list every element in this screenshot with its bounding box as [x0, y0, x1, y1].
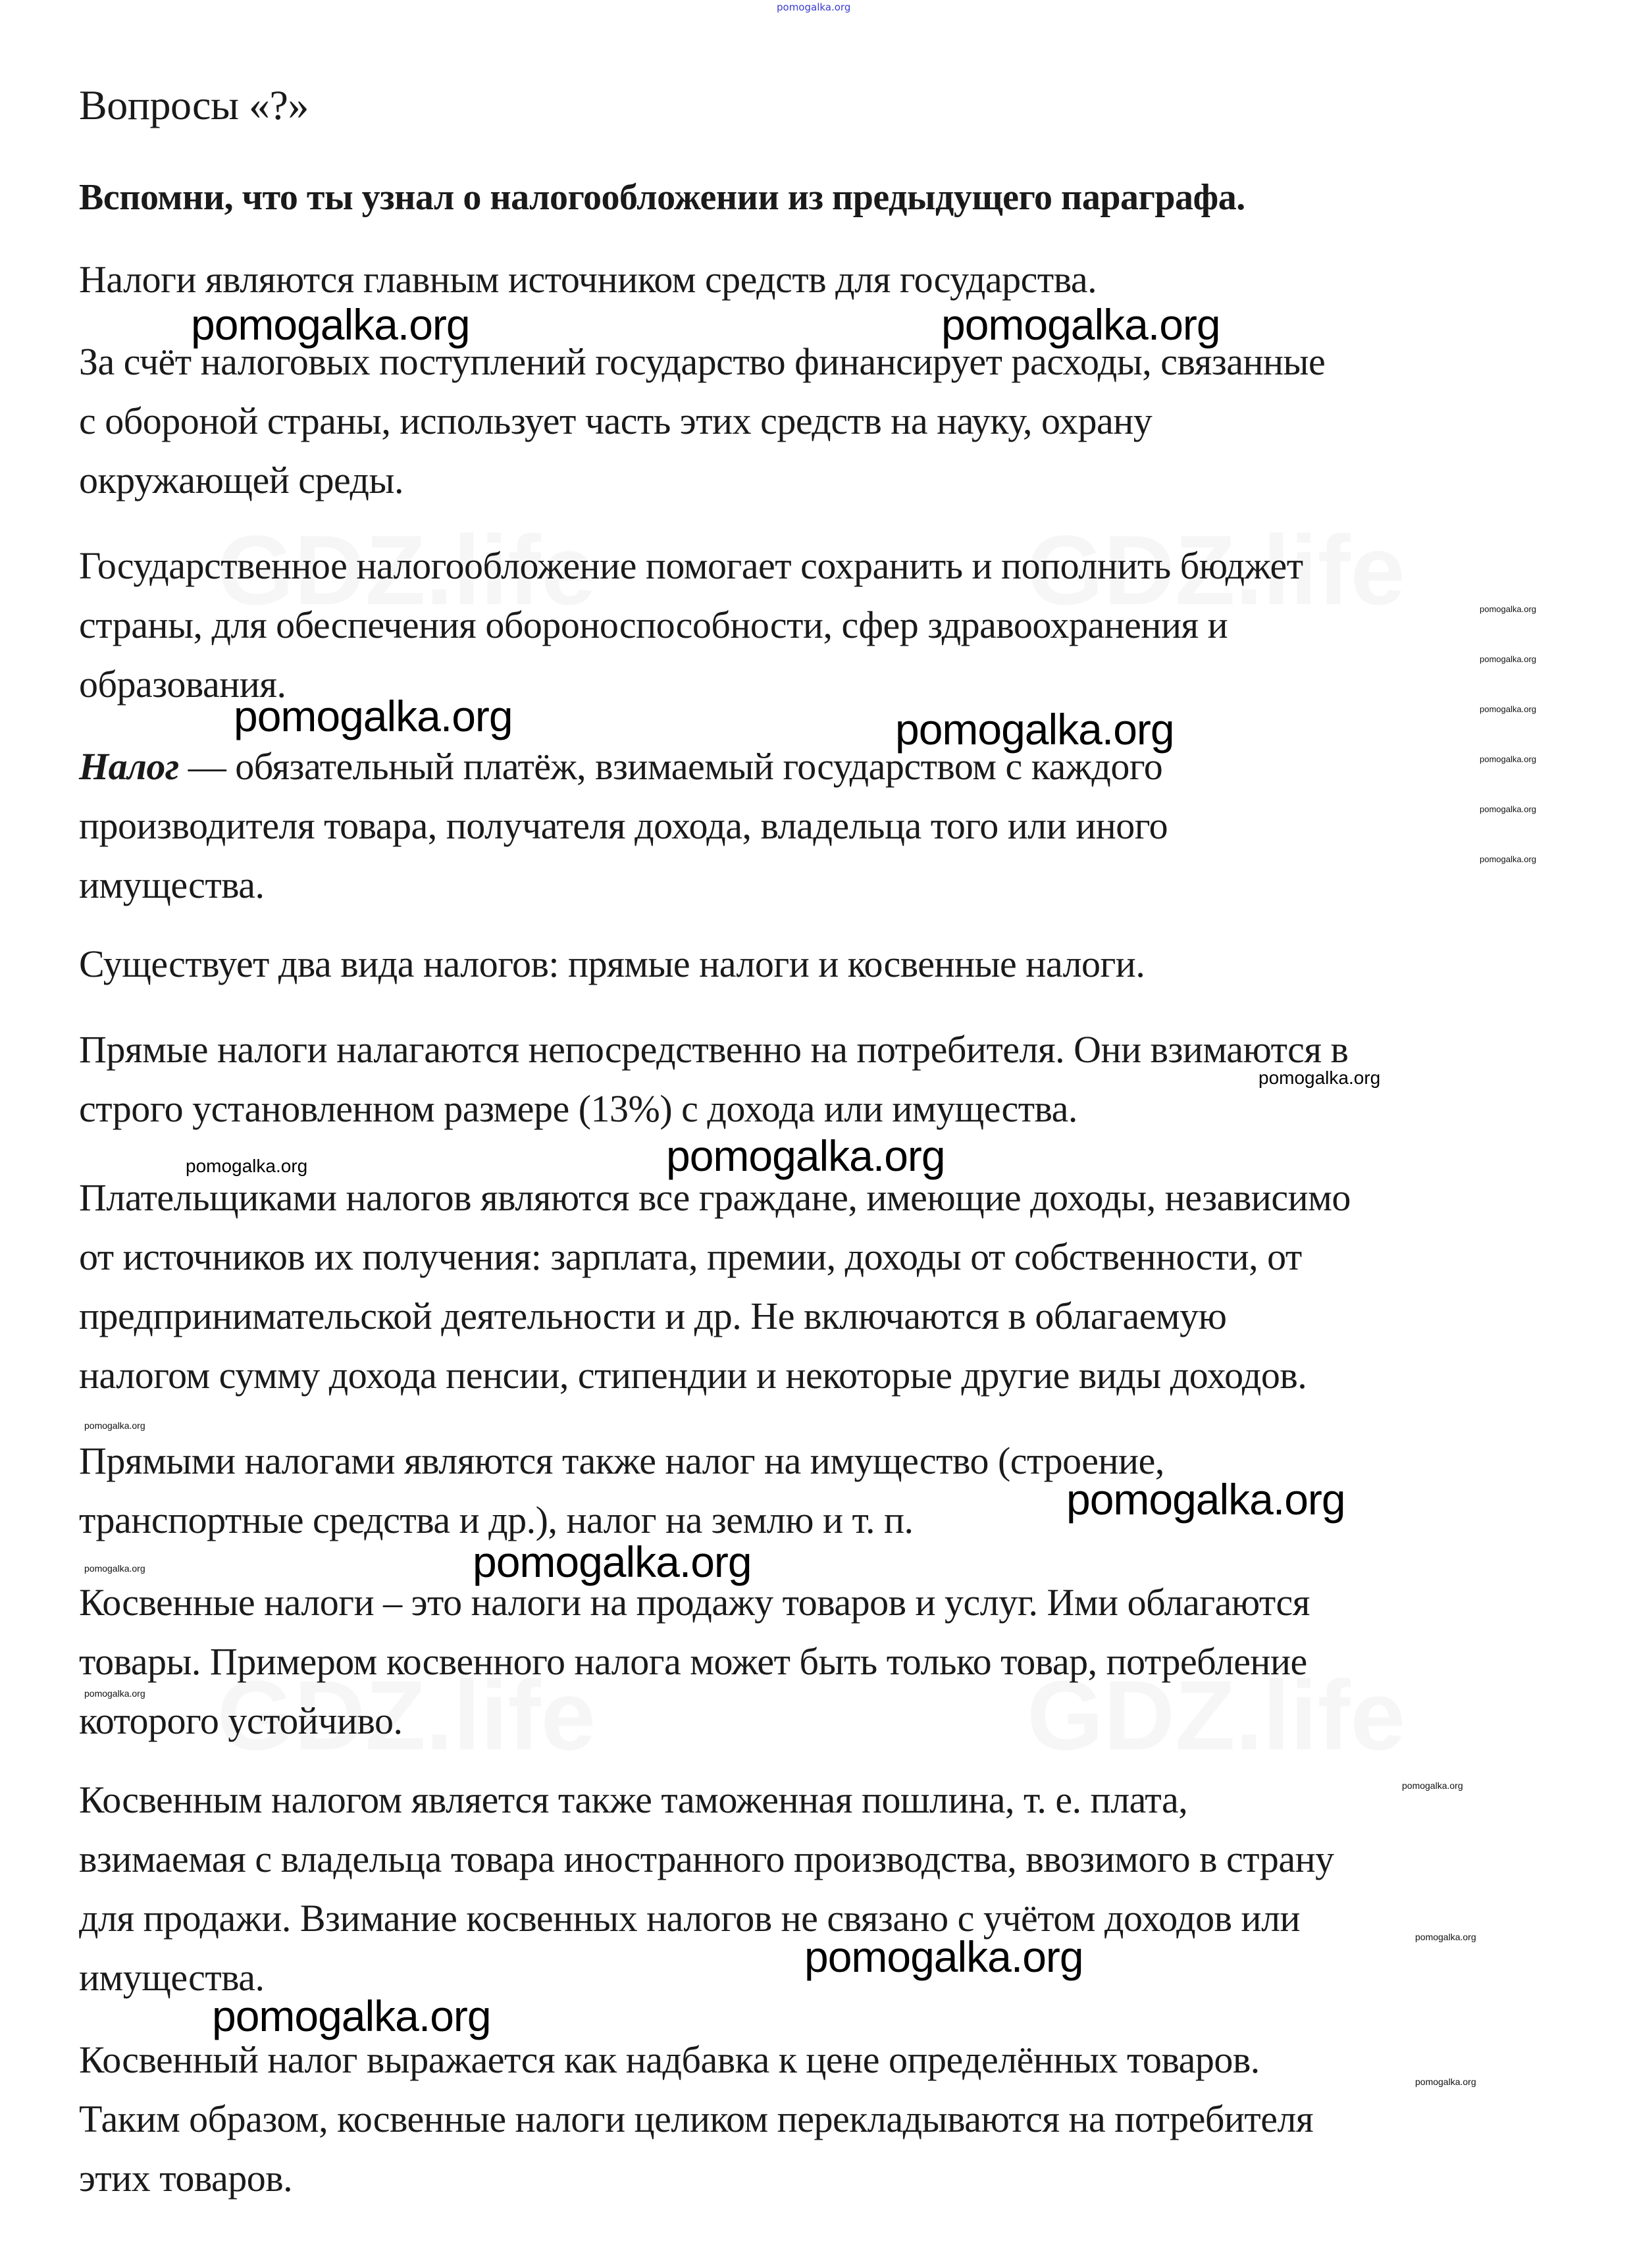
watermark: pomogalka.org	[212, 1991, 491, 2041]
watermark: pomogalka.org	[1066, 1474, 1345, 1524]
document-page: pomogalka.org GDZ.life GDZ.life GDZ.life…	[0, 0, 1633, 2268]
watermark: pomogalka.org	[895, 704, 1174, 754]
paragraph-line: Косвенным налогом является также таможен…	[79, 1770, 1633, 1830]
section-subheading: Вспомни, что ты узнал о налогообложении …	[79, 168, 1633, 227]
watermark: pomogalka.org	[84, 1563, 145, 1574]
watermark: pomogalka.org	[1480, 654, 1536, 664]
paragraph-line: от источников их получения: зарплата, пр…	[79, 1227, 1633, 1287]
watermark: pomogalka.org	[234, 691, 513, 741]
header-watermark: pomogalka.org	[777, 1, 850, 13]
watermark: pomogalka.org	[1415, 1932, 1476, 1942]
defined-term: Налог	[79, 745, 179, 788]
paragraph-line: страны, для обеспечения обороноспособнос…	[79, 596, 1633, 655]
paragraph-line: этих товаров.	[79, 2149, 1633, 2208]
paragraph-line: товары. Примером косвенного налога может…	[79, 1632, 1633, 1691]
watermark: pomogalka.org	[1480, 804, 1536, 814]
paragraph: За счёт налоговых поступлений государств…	[79, 332, 1633, 510]
watermark: pomogalka.org	[84, 1420, 145, 1431]
watermark: pomogalka.org	[1258, 1068, 1380, 1089]
watermark: pomogalka.org	[186, 1156, 307, 1177]
watermark: pomogalka.org	[1402, 1780, 1463, 1791]
paragraph: Прямые налоги налагаются непосредственно…	[79, 1020, 1633, 1139]
watermark: pomogalka.org	[804, 1932, 1083, 1982]
watermark: pomogalka.org	[473, 1537, 752, 1587]
paragraph-line: Прямыми налогами являются также налог на…	[79, 1431, 1633, 1491]
paragraph: Косвенные налоги – это налоги на продажу…	[79, 1573, 1633, 1751]
paragraph-line: Существует два вида налогов: прямые нало…	[79, 935, 1633, 994]
paragraph-line: налогом сумму дохода пенсии, стипендии и…	[79, 1346, 1633, 1405]
paragraph: Государственное налогообложение помогает…	[79, 536, 1633, 714]
watermark: pomogalka.org	[191, 299, 470, 349]
watermark: pomogalka.org	[1480, 604, 1536, 614]
paragraph-line: Государственное налогообложение помогает…	[79, 536, 1633, 596]
paragraph: Косвенный налог выражается как надбавка …	[79, 2030, 1633, 2208]
page-title: Вопросы «?»	[79, 79, 1633, 132]
paragraph: Плательщиками налогов являются все гражд…	[79, 1168, 1633, 1405]
paragraph-line: имущества.	[79, 856, 1633, 915]
paragraph: Прямыми налогами являются также налог на…	[79, 1431, 1633, 1550]
watermark: pomogalka.org	[1480, 704, 1536, 714]
paragraph-line: с обороной страны, использует часть этих…	[79, 392, 1633, 451]
watermark: pomogalka.org	[84, 1688, 145, 1699]
paragraph-line: строго установленном размере (13%) с дох…	[79, 1079, 1633, 1139]
paragraph-line: взимаемая с владельца товара иностранног…	[79, 1830, 1633, 1889]
paragraph-line: производителя товара, получателя дохода,…	[79, 796, 1633, 856]
definition-paragraph: Налог — обязательный платёж, взимаемый г…	[79, 737, 1633, 915]
paragraph-line: которого устойчиво.	[79, 1691, 1633, 1751]
watermark: pomogalka.org	[941, 299, 1220, 349]
paragraph-line: Косвенные налоги – это налоги на продажу…	[79, 1573, 1633, 1632]
paragraph-line: транспортные средства и др.), налог на з…	[79, 1491, 1633, 1550]
paragraph-line: Таким образом, косвенные налоги целиком …	[79, 2090, 1633, 2149]
watermark: pomogalka.org	[1415, 2076, 1476, 2087]
paragraph-line: предпринимательской деятельности и др. Н…	[79, 1287, 1633, 1346]
paragraph-line: окружающей среды.	[79, 451, 1633, 510]
watermark: pomogalka.org	[666, 1131, 945, 1181]
watermark: pomogalka.org	[1480, 754, 1536, 764]
watermark: pomogalka.org	[1480, 854, 1536, 864]
paragraph: Существует два вида налогов: прямые нало…	[79, 935, 1633, 994]
paragraph-line: Прямые налоги налагаются непосредственно…	[79, 1020, 1633, 1079]
